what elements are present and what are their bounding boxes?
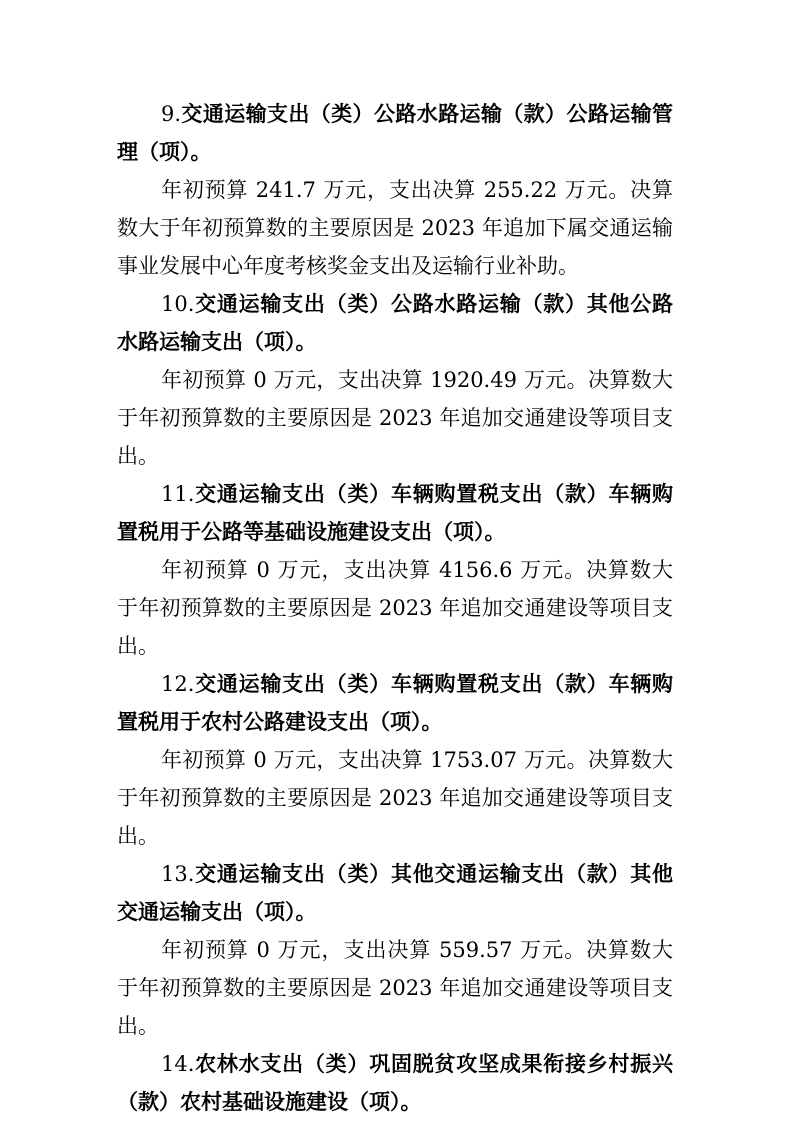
section-heading: 14.农林水支出（类）巩固脱贫攻坚成果衔接乡村振兴（款）农村基础设施建设（项）。 — [117, 1045, 673, 1121]
section-heading: 9.交通运输支出（类）公路水路运输（款）公路运输管理（项）。 — [117, 95, 673, 171]
section-number: 11. — [161, 482, 194, 506]
section-title: 交通运输支出（类）公路水路运输（款）其他公路水路运输支出（项）。 — [117, 291, 673, 354]
section-title: 交通运输支出（类）公路水路运输（款）公路运输管理（项）。 — [117, 101, 673, 164]
section-body: 年初预算 0 万元，支出决算 4156.6 万元。决算数大于年初预算数的主要原因… — [117, 551, 673, 665]
section-title: 交通运输支出（类）车辆购置税支出（款）车辆购置税用于公路等基础设施建设支出（项）… — [117, 481, 673, 544]
section-12: 12.交通运输支出（类）车辆购置税支出（款）车辆购置税用于农村公路建设支出（项）… — [117, 665, 673, 855]
section-14: 14.农林水支出（类）巩固脱贫攻坚成果衔接乡村振兴（款）农村基础设施建设（项）。 — [117, 1045, 673, 1121]
section-body: 年初预算 0 万元，支出决算 1920.49 万元。决算数大于年初预算数的主要原… — [117, 361, 673, 475]
section-10: 10.交通运输支出（类）公路水路运输（款）其他公路水路运输支出（项）。 年初预算… — [117, 285, 673, 475]
section-title: 农林水支出（类）巩固脱贫攻坚成果衔接乡村振兴（款）农村基础设施建设（项）。 — [117, 1051, 673, 1114]
section-title: 交通运输支出（类）其他交通运输支出（款）其他交通运输支出（项）。 — [117, 861, 673, 924]
section-number: 10. — [161, 292, 194, 316]
section-number: 9. — [161, 102, 181, 126]
section-13: 13.交通运输支出（类）其他交通运输支出（款）其他交通运输支出（项）。 年初预算… — [117, 855, 673, 1045]
section-number: 12. — [161, 672, 194, 696]
document-page: 9.交通运输支出（类）公路水路运输（款）公路运输管理（项）。 年初预算 241.… — [0, 0, 793, 1122]
section-11: 11.交通运输支出（类）车辆购置税支出（款）车辆购置税用于公路等基础设施建设支出… — [117, 475, 673, 665]
section-heading: 13.交通运输支出（类）其他交通运输支出（款）其他交通运输支出（项）。 — [117, 855, 673, 931]
document-content: 9.交通运输支出（类）公路水路运输（款）公路运输管理（项）。 年初预算 241.… — [117, 95, 673, 1121]
section-heading: 12.交通运输支出（类）车辆购置税支出（款）车辆购置税用于农村公路建设支出（项）… — [117, 665, 673, 741]
section-title: 交通运输支出（类）车辆购置税支出（款）车辆购置税用于农村公路建设支出（项）。 — [117, 671, 673, 734]
section-body: 年初预算 0 万元，支出决算 1753.07 万元。决算数大于年初预算数的主要原… — [117, 741, 673, 855]
section-number: 14. — [161, 1052, 194, 1076]
section-heading: 11.交通运输支出（类）车辆购置税支出（款）车辆购置税用于公路等基础设施建设支出… — [117, 475, 673, 551]
section-heading: 10.交通运输支出（类）公路水路运输（款）其他公路水路运输支出（项）。 — [117, 285, 673, 361]
section-body: 年初预算 0 万元，支出决算 559.57 万元。决算数大于年初预算数的主要原因… — [117, 931, 673, 1045]
section-number: 13. — [161, 862, 194, 886]
section-9: 9.交通运输支出（类）公路水路运输（款）公路运输管理（项）。 年初预算 241.… — [117, 95, 673, 285]
section-body: 年初预算 241.7 万元，支出决算 255.22 万元。决算数大于年初预算数的… — [117, 171, 673, 285]
